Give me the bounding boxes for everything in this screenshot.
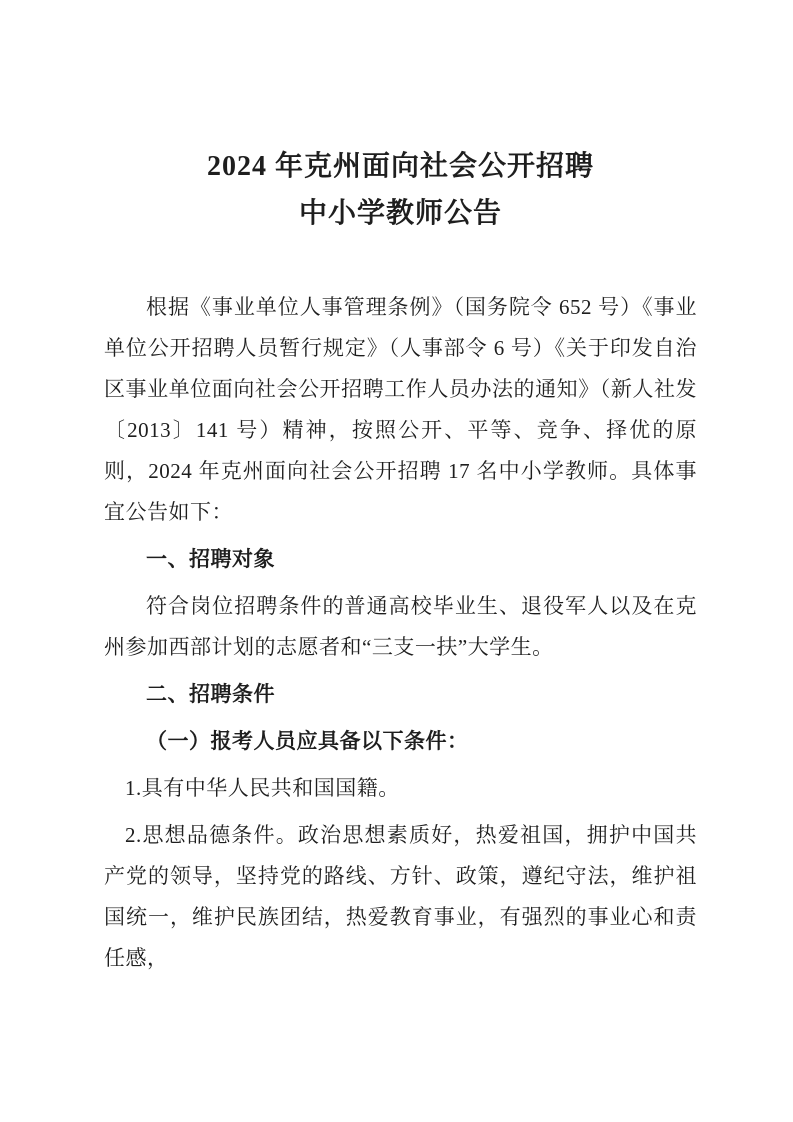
- section-2-subheading: （一）报考人员应具备以下条件：: [104, 721, 697, 762]
- condition-item-2: 2.思想品德条件。政治思想素质好，热爱祖国，拥护中国共产党的领导，坚持党的路线、…: [104, 815, 697, 979]
- document-title-line-2: 中小学教师公告: [104, 190, 697, 237]
- section-1-heading: 一、招聘对象: [104, 539, 697, 580]
- section-2-heading: 二、招聘条件: [104, 674, 697, 715]
- section-1-paragraph: 符合岗位招聘条件的普通高校毕业生、退役军人以及在克州参加西部计划的志愿者和“三支…: [104, 586, 697, 668]
- document-title: 2024 年克州面向社会公开招聘 中小学教师公告: [104, 143, 697, 237]
- condition-item-1: 1.具有中华人民共和国国籍。: [104, 768, 697, 809]
- document-title-line-1: 2024 年克州面向社会公开招聘: [104, 143, 697, 190]
- intro-paragraph: 根据《事业单位人事管理条例》（国务院令 652 号）《事业单位公开招聘人员暂行规…: [104, 287, 697, 533]
- document-page: 2024 年克州面向社会公开招聘 中小学教师公告 根据《事业单位人事管理条例》（…: [0, 0, 793, 1122]
